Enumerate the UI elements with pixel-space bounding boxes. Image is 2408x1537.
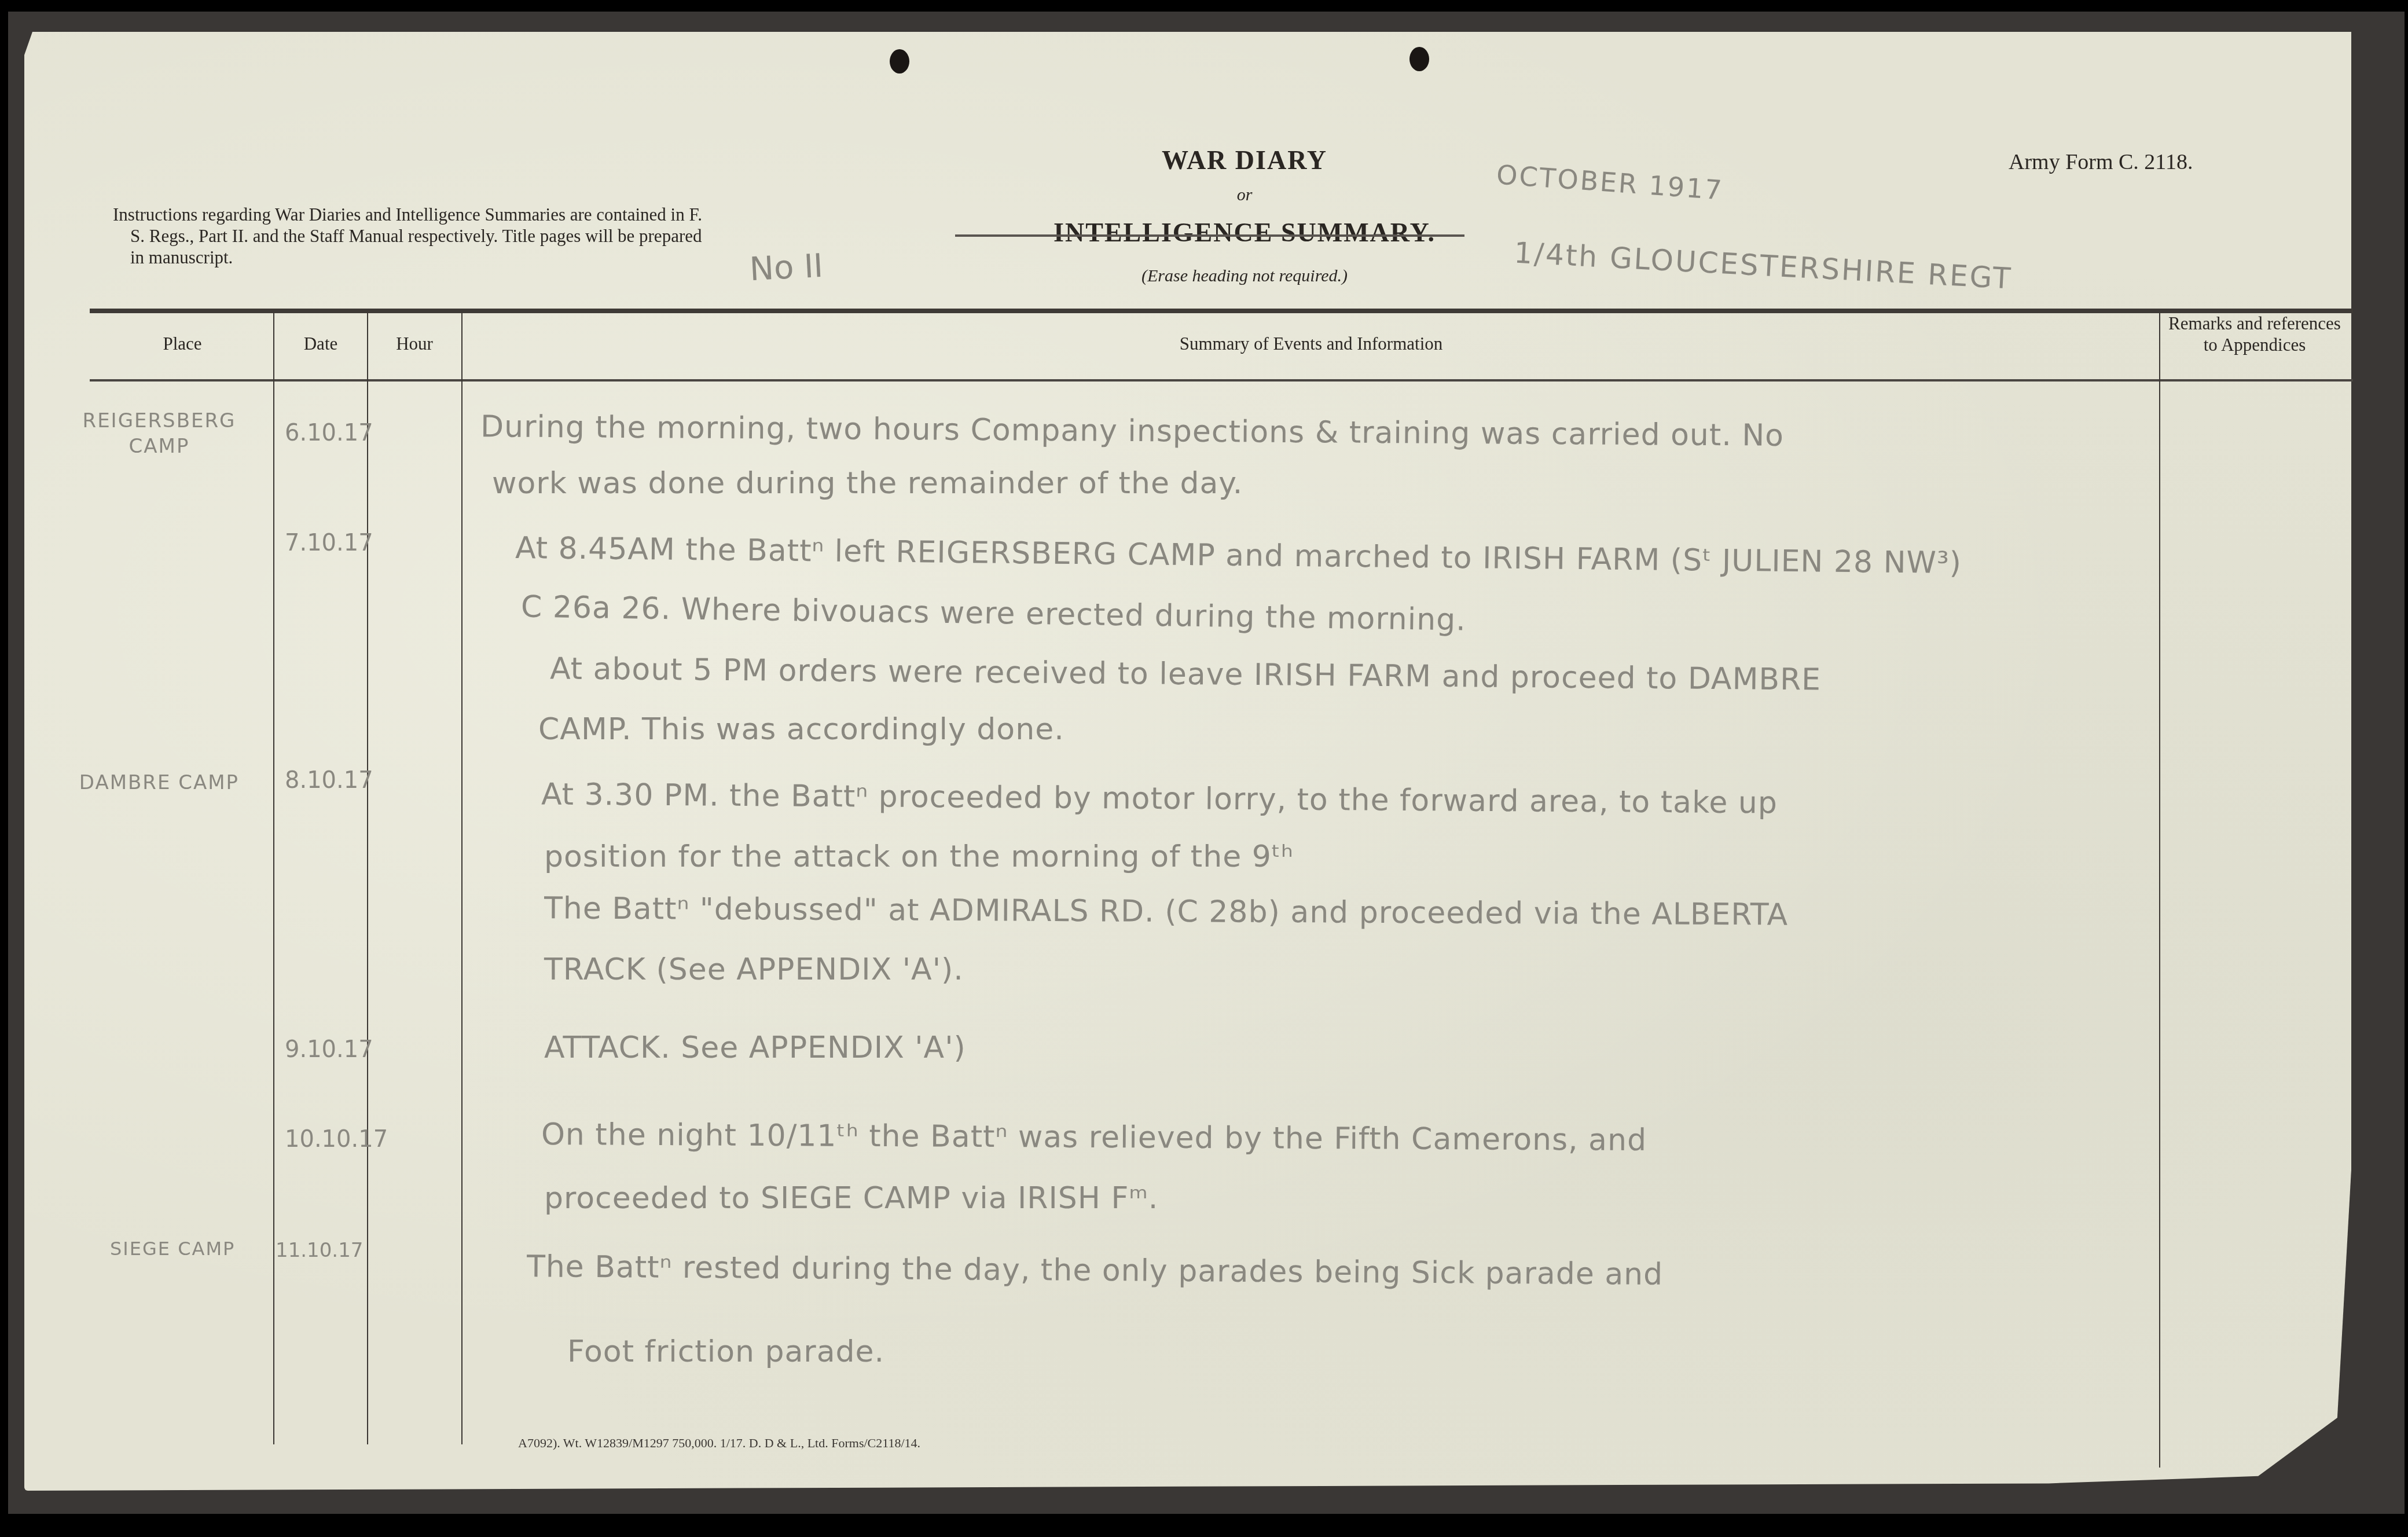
punch-hole-right xyxy=(1409,47,1429,71)
column-header-summary: Summary of Events and Information xyxy=(463,333,2159,354)
form-title-or: or xyxy=(1100,185,1389,205)
column-divider-hour xyxy=(461,313,462,1444)
army-form-number: Army Form C. 2118. xyxy=(2009,149,2193,175)
entry-place: SIEGE CAMP xyxy=(110,1236,235,1261)
entry-line: position for the attack on the morning o… xyxy=(544,839,1294,874)
entry-date: 11.10.17 xyxy=(276,1239,363,1262)
entry-place: DAMBRE CAMP xyxy=(69,770,249,795)
entry-line: The Battⁿ "debussed" at ADMIRALS RD. (C … xyxy=(544,891,1788,932)
table-header-rule xyxy=(90,379,2353,382)
printer-imprint: A7092). Wt. W12839/M1297 750,000. 1/17. … xyxy=(518,1436,920,1451)
entry-date: 9.10.17 xyxy=(285,1036,373,1063)
column-header-remarks: Remarks and references to Appendices xyxy=(2162,313,2347,355)
entry-date: 6.10.17 xyxy=(285,420,373,446)
entry-date: 10.10.17 xyxy=(285,1126,388,1153)
column-header-place: Place xyxy=(93,333,272,354)
entry-line: TRACK (See APPENDIX 'A'). xyxy=(544,952,964,987)
strikethrough-line xyxy=(955,234,1464,237)
entry-line: proceeded to SIEGE CAMP via IRISH Fᵐ. xyxy=(544,1181,1158,1216)
column-divider-summary xyxy=(2159,313,2160,1468)
entry-date: 8.10.17 xyxy=(285,767,373,794)
entry-place: REIGERSBERG CAMP xyxy=(64,408,255,459)
table-top-rule xyxy=(90,309,2353,313)
form-title-intelligence-summary: INTELLIGENCE SUMMARY. xyxy=(955,217,1534,248)
form-title-intelligence-summary-text: INTELLIGENCE SUMMARY. xyxy=(1053,218,1436,247)
column-header-date: Date xyxy=(274,333,367,354)
entry-line: ATTACK. See APPENDIX 'A') xyxy=(544,1030,966,1065)
entry-line: work was done during the remainder of th… xyxy=(492,466,1243,501)
entry-line: CAMP. This was accordingly done. xyxy=(538,712,1064,747)
form-title-war-diary: WAR DIARY xyxy=(1100,145,1389,175)
entry-line: On the night 10/11ᵗʰ the Battⁿ was relie… xyxy=(541,1117,1647,1158)
entry-line: Foot friction parade. xyxy=(567,1334,884,1369)
handwritten-number: No II xyxy=(748,247,824,289)
entry-date: 7.10.17 xyxy=(285,530,373,556)
punch-hole-left xyxy=(890,49,909,74)
form-instructions: Instructions regarding War Diaries and I… xyxy=(113,204,715,268)
column-divider-place xyxy=(273,313,274,1444)
form-erase-note: (Erase heading not required.) xyxy=(1071,266,1418,286)
column-header-hour: Hour xyxy=(368,333,461,354)
column-divider-date xyxy=(367,313,368,1444)
